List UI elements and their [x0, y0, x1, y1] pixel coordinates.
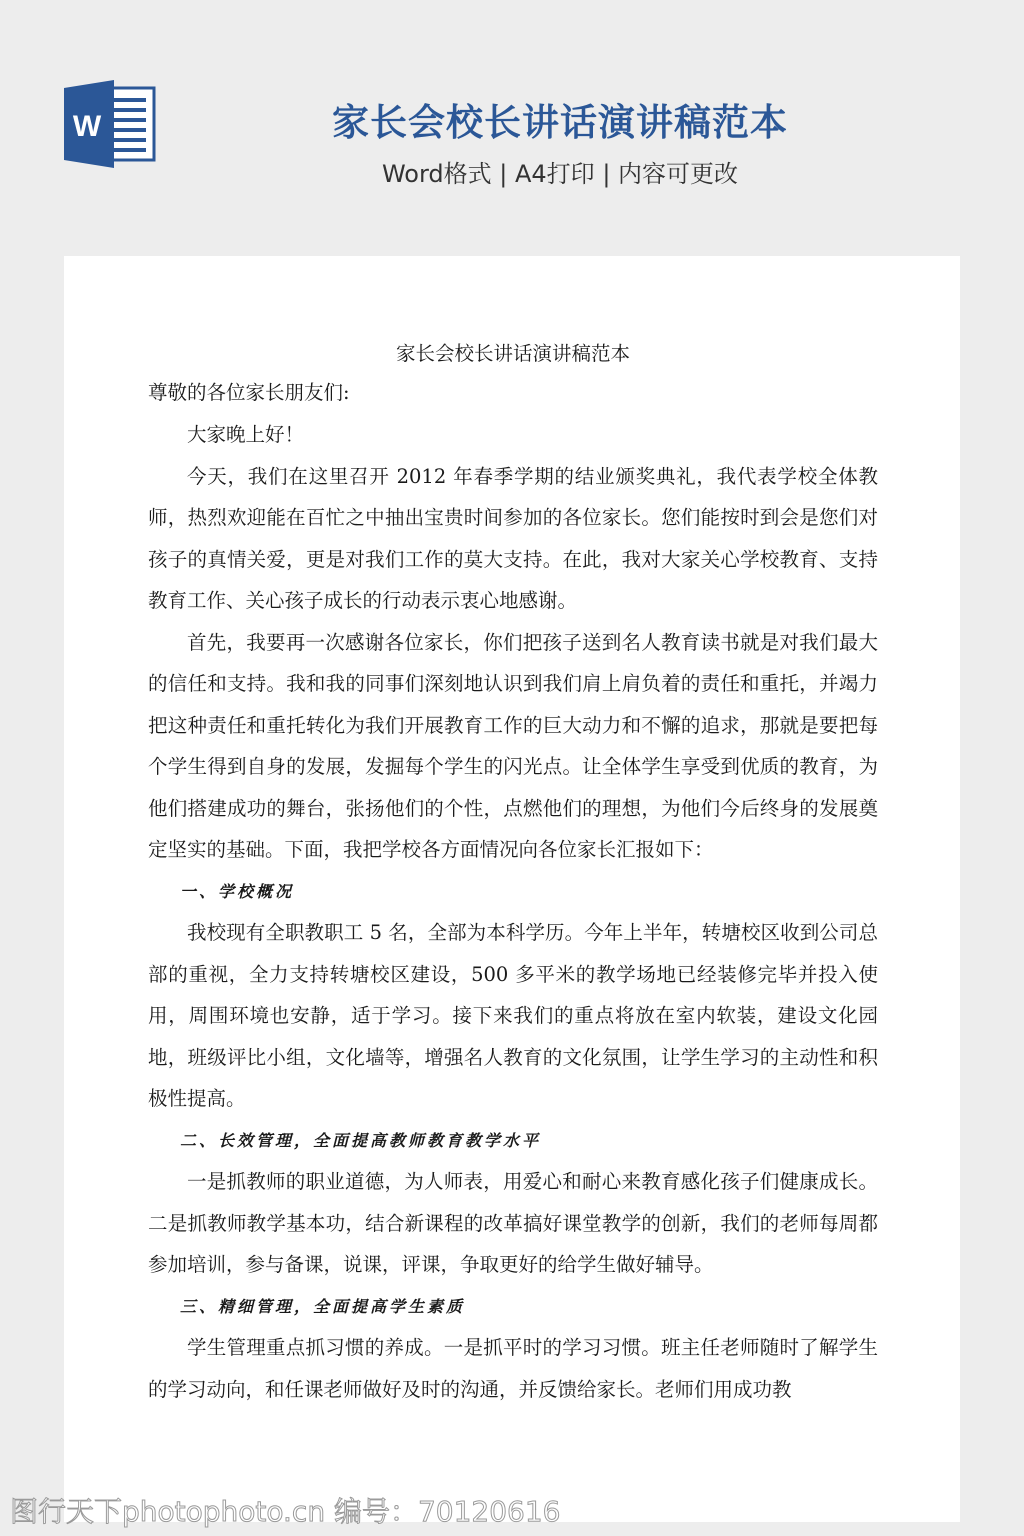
- watermark: 图行天下photophoto.cn 编号：70120616: [10, 1490, 561, 1530]
- section-body: 学生管理重点抓习惯的养成。一是抓平时的学习习惯。班主任老师随时了解学生的学习动向…: [148, 1327, 878, 1410]
- document-page: 家长会校长讲话演讲稿范本 尊敬的各位家长朋友们: 大家晚上好！ 今天，我们在这里…: [64, 256, 960, 1522]
- document-title: 家长会校长讲话演讲稿范本: [148, 336, 878, 372]
- section-body: 一是抓教师的职业道德，为人师表，用爱心和耐心来教育感化孩子们健康成长。二是抓教师…: [148, 1161, 878, 1286]
- banner-subtitle: Word格式 | A4打印 | 内容可更改: [260, 154, 860, 189]
- greeting: 大家晚上好！: [148, 414, 878, 456]
- salutation: 尊敬的各位家长朋友们:: [148, 372, 878, 414]
- section-body: 我校现有全职教职工 5 名，全部为本科学历。今年上半年，转塘校区收到公司总部的重…: [148, 912, 878, 1120]
- banner-header: W 家长会校长讲话演讲稿范本 Word格式 | A4打印 | 内容可更改: [0, 0, 1024, 256]
- section-heading: 一、学校概况: [148, 871, 878, 913]
- paragraph: 首先，我要再一次感谢各位家长，你们把孩子送到名人教育读书就是对我们最大的信任和支…: [148, 622, 878, 871]
- document-body: 家长会校长讲话演讲稿范本 尊敬的各位家长朋友们: 大家晚上好！ 今天，我们在这里…: [148, 336, 878, 1410]
- svg-text:W: W: [73, 110, 102, 143]
- section-heading: 二、长效管理，全面提高教师教育教学水平: [148, 1120, 878, 1162]
- paragraph: 今天，我们在这里召开 2012 年春季学期的结业颁奖典礼，我代表学校全体教师，热…: [148, 456, 878, 622]
- word-icon: W: [64, 80, 158, 168]
- banner-title: 家长会校长讲话演讲稿范本: [260, 92, 860, 146]
- section-heading: 三、精细管理，全面提高学生素质: [148, 1286, 878, 1328]
